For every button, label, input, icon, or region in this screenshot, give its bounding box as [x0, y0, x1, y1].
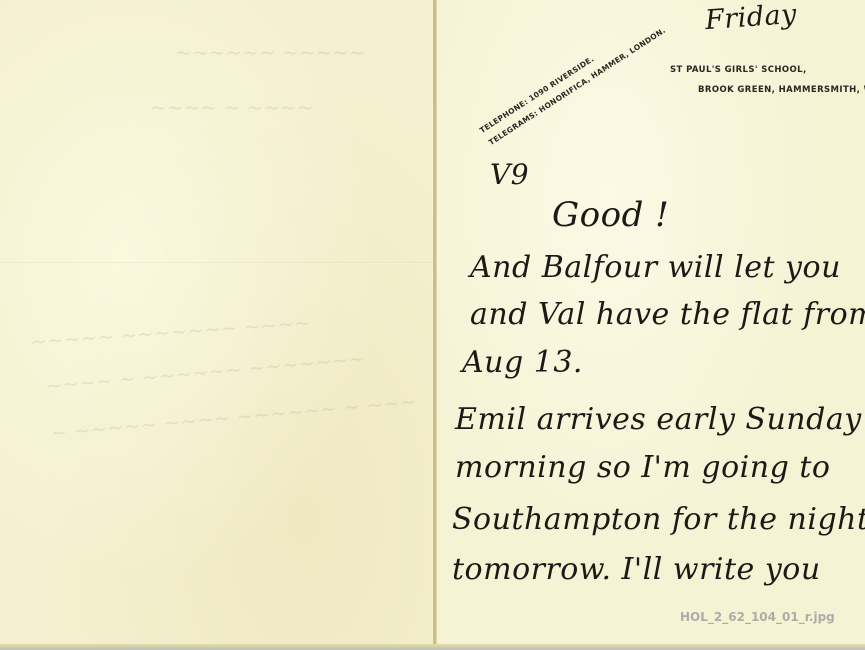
letter-line: morning so I'm going to	[455, 450, 830, 485]
left-page: ~~~~~~ ~~~~~ ~~~~ ~ ~~~~ ~~~~~ ~~~~~~~ ~…	[0, 0, 434, 650]
letter-line: Aug 13.	[462, 345, 583, 380]
letter-line: Southampton for the night	[452, 502, 865, 537]
bleed-through-text: ~~~~ ~ ~~~~~~ ~~~~~~~	[45, 346, 367, 398]
horizontal-fold-crease	[0, 262, 434, 264]
letter-line: and Val have the flat from	[470, 297, 865, 332]
bleed-through-text: ~~~~ ~ ~~~~	[150, 95, 314, 119]
scanned-letter: ~~~~~~ ~~~~~ ~~~~ ~ ~~~~ ~~~~~ ~~~~~~~ ~…	[0, 0, 865, 650]
bleed-through-text: ~ ~~~~~ ~~~~ ~~~~~~ ~ ~~~	[50, 389, 418, 445]
filename-watermark: HOL_2_62_104_01_r.jpg	[680, 610, 860, 625]
letter-day: Friday	[704, 0, 798, 36]
bleed-through-text: ~~~~~ ~~~~~~~ ~~~~	[30, 310, 312, 354]
letter-line: And Balfour will let you	[470, 250, 841, 285]
letter-salutation: V9	[490, 158, 529, 191]
letter-line: Emil arrives early Sunday	[455, 402, 862, 437]
center-fold	[433, 0, 437, 650]
paper-bottom-edge	[0, 644, 865, 650]
letter-line: tomorrow. I'll write you	[452, 552, 821, 587]
bleed-through-text: ~~~~~~ ~~~~~	[175, 40, 366, 64]
letter-line: Good !	[552, 195, 669, 235]
school-address: BROOK GREEN, HAMMERSMITH, W. 6.	[698, 85, 865, 95]
school-name: ST PAUL'S GIRLS' SCHOOL,	[670, 65, 807, 75]
